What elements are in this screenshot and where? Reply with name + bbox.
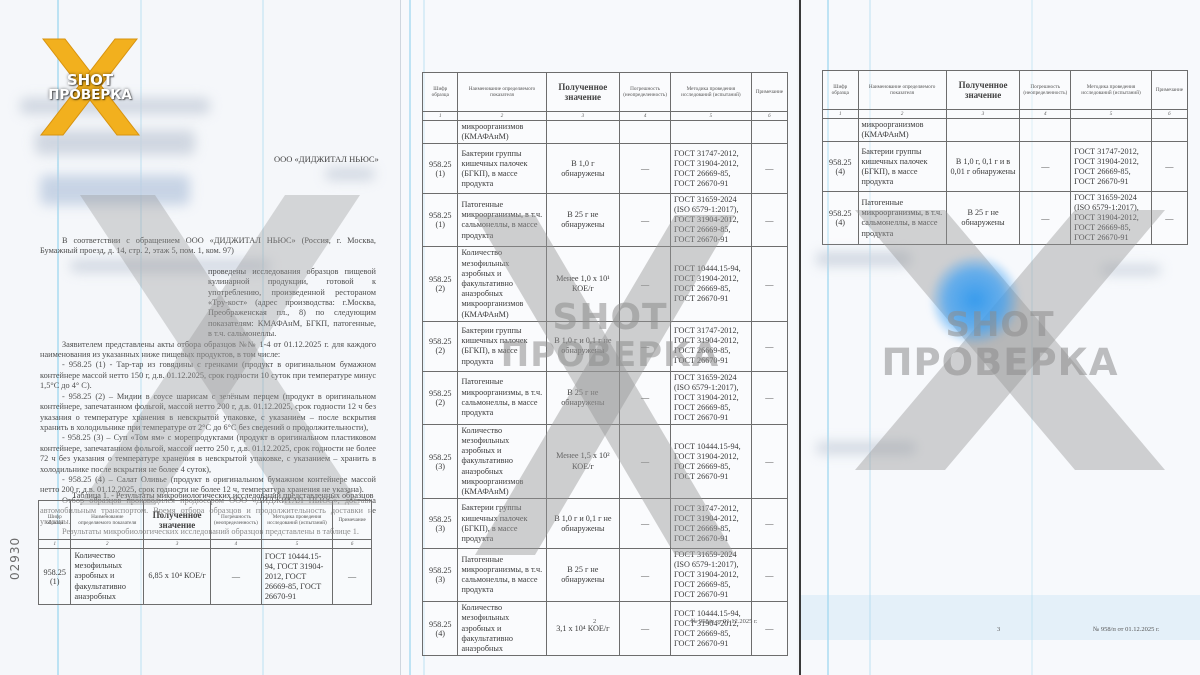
table-row: 958.25 (1)Патогенные микроорганизмы, в т… [423,194,788,247]
cell-value: 3,1 x 10⁴ КОЕ/г [546,602,620,656]
cell-value: Менее 1,0 x 10¹ КОЕ/г [546,247,620,321]
column-header: Полученное значение [546,73,620,112]
cell-name: Количество мезофильных аэробных и факуль… [458,602,546,656]
table-row: 958.25 (3)Патогенные микроорганизмы, в т… [423,549,788,602]
table-row: 958.25 (2)Патогенные микроорганизмы, в т… [423,371,788,424]
paragraph: проведены исследования образцов пищевой … [40,267,376,340]
cell-value [546,121,620,144]
column-number-row: 123456 [39,540,372,549]
cell-code: 958.25 (1) [423,194,458,247]
cell-method: ГОСТ 31659-2024 (ISO 6579-1:2017), ГОСТ … [670,194,751,247]
column-header: Примечание [1151,71,1187,110]
paragraph: - 958.25 (2) – Мидии в соусе шарисам с з… [40,392,376,434]
cell-error: — [620,194,671,247]
paragraph: - 958.25 (3) – Суп «Том ям» с морепродук… [40,433,376,475]
cell-note: — [1151,192,1187,245]
cell-error: — [1020,142,1071,192]
cell-error: — [620,602,671,656]
logo-text: SHOT ПРОВЕРКА [38,73,142,103]
cell-method: ГОСТ 31747-2012, ГОСТ 31904-2012, ГОСТ 2… [670,321,751,371]
column-header: Погрешность (неопределенность) [211,501,262,540]
column-number: 4 [620,112,671,121]
table-row: 958.25 (1)Бактерии группы кишечных палоч… [423,144,788,194]
cell-note: — [1151,142,1187,192]
paragraph: В соответствии с обращением ООО «ДИДЖИТА… [40,236,376,257]
results-table: Шифр образцаНаименование определяемого п… [422,72,788,656]
cell-value [946,119,1020,142]
cell-error: — [211,549,262,605]
column-number-row: 123456 [823,110,1188,119]
column-header: Шифр образца [823,71,859,110]
column-number: 2 [71,540,144,549]
cell-method: ГОСТ 10444.15-94, ГОСТ 31904-2012, ГОСТ … [670,424,751,498]
cell-name: Патогенные микроорганизмы, в т.ч. сальмо… [458,549,546,602]
page-number: 3 [997,626,1000,633]
column-header: Наименование определяемого показателя [858,71,946,110]
cell-code: 958.25 (2) [423,371,458,424]
cell-value: В 25 г не обнаружены [546,194,620,247]
cell-note: — [333,549,372,605]
recipient-org: ООО «ДИДЖИТАЛ НЬЮС» [274,154,379,164]
cell-note: — [751,424,787,498]
cell-note [751,121,787,144]
cell-method: ГОСТ 31659-2024 (ISO 6579-1:2017), ГОСТ … [670,371,751,424]
column-number: 2 [858,110,946,119]
cell-error: — [620,499,671,549]
cell-value: 6,85 x 10⁴ КОЕ/г [144,549,211,605]
column-header: Методика проведения исследований (испыта… [261,501,332,540]
table-row: 958.25 (1)Количество мезофильных аэробны… [39,549,372,605]
cell-method: ГОСТ 31747-2012, ГОСТ 31904-2012, ГОСТ 2… [670,144,751,194]
column-number: 1 [423,112,458,121]
column-number: 5 [670,112,751,121]
column-number: 3 [546,112,620,121]
column-number: 1 [39,540,71,549]
cell-value: В 1,0 г обнаружены [546,144,620,194]
cell-code: 958.25 (2) [423,247,458,321]
column-header: Шифр образца [39,501,71,540]
cell-value: В 1,0 г и 0,1 г не обнаружены [546,499,620,549]
table-row: 958.25 (4)Патогенные микроорганизмы, в т… [823,192,1188,245]
column-number: 6 [1151,110,1187,119]
table-row: 958.25 (2)Бактерии группы кишечных палоч… [423,321,788,371]
table-row: микроорганизмов (КМАФАнМ) [423,121,788,144]
cell-method: ГОСТ 31747-2012, ГОСТ 31904-2012, ГОСТ 2… [1071,142,1152,192]
cell-note: — [751,602,787,656]
cell-note: — [751,144,787,194]
cell-name: Бактерии группы кишечных палочек (БГКП),… [458,321,546,371]
column-header: Погрешность (неопределенность) [620,73,671,112]
paragraph: Заявителем представлены акты отбора обра… [40,340,376,361]
column-number-row: 123456 [423,112,788,121]
table-row: 958.25 (3)Количество мезофильных аэробны… [423,424,788,498]
scan-band [801,595,1200,640]
cell-value: В 1,0 г и 0,1 г не обнаружены [546,321,620,371]
table-row: микроорганизмов (КМАФАнМ) [823,119,1188,142]
cell-method: ГОСТ 31659-2024 (ISO 6579-1:2017), ГОСТ … [1071,192,1152,245]
cell-method: ГОСТ 10444.15-94, ГОСТ 31904-2012, ГОСТ … [670,602,751,656]
cell-error: — [620,549,671,602]
cell-error: — [620,321,671,371]
column-header: Полученное значение [144,501,211,540]
redacted-block [1101,265,1161,275]
cell-error: — [620,424,671,498]
column-number: 6 [751,112,787,121]
cell-error [1020,119,1071,142]
cell-error [620,121,671,144]
cell-method: ГОСТ 10444.15-94, ГОСТ 31904-2012, ГОСТ … [670,247,751,321]
column-header: Наименование определяемого показателя [458,73,546,112]
cell-name: Патогенные микроорганизмы, в т.ч. сальмо… [858,192,946,245]
redacted-block [325,168,375,180]
redacted-block [816,252,911,266]
doc-reference: № 958/п от 01.12.2025 г. [691,618,758,625]
paragraph: - 958.25 (1) - Тар-тар из говядины с гре… [40,360,376,391]
cell-code [423,121,458,144]
table-header-row: Шифр образцаНаименование определяемого п… [823,71,1188,110]
cell-method: ГОСТ 10444.15-94, ГОСТ 31904-2012, ГОСТ … [261,549,332,605]
cell-code: 958.25 (4) [423,602,458,656]
cell-code: 958.25 (1) [423,144,458,194]
column-number: 3 [144,540,211,549]
cell-name: Количество мезофильных аэробных и факуль… [71,549,144,605]
cell-name: Патогенные микроорганизмы, в т.ч. сальмо… [458,194,546,247]
table-header-row: Шифр образцаНаименование определяемого п… [423,73,788,112]
cell-code: 958.25 (2) [423,321,458,371]
column-header: Методика проведения исследований (испыта… [670,73,751,112]
cell-name: Бактерии группы кишечных палочек (БГКП),… [458,499,546,549]
cell-code: 958.25 (4) [823,192,859,245]
cell-name: Бактерии группы кишечных палочек (БГКП),… [458,144,546,194]
column-header: Методика проведения исследований (испыта… [1071,71,1152,110]
column-number: 5 [1071,110,1152,119]
cell-name: Количество мезофильных аэробных и факуль… [458,247,546,321]
cell-note: — [751,549,787,602]
cell-error: — [620,371,671,424]
table-row: 958.25 (2)Количество мезофильных аэробны… [423,247,788,321]
cell-value: В 1,0 г, 0,1 г и в 0,01 г обнаружены [946,142,1020,192]
redacted-block [816,442,916,454]
document-page-2: Шифр образцаНаименование определяемого п… [400,0,797,675]
column-header: Погрешность (неопределенность) [1020,71,1071,110]
cell-method [1071,119,1152,142]
column-header: Примечание [751,73,787,112]
cell-error: — [1020,192,1071,245]
table-caption: Таблица 1. - Результаты микробиологическ… [72,491,374,500]
column-number: 4 [211,540,262,549]
cell-name: микроорганизмов (КМАФАнМ) [858,119,946,142]
table-row: 958.25 (3)Бактерии группы кишечных палоч… [423,499,788,549]
cell-code: 958.25 (3) [423,549,458,602]
cell-name: Патогенные микроорганизмы, в т.ч. сальмо… [458,371,546,424]
cell-method: ГОСТ 31747-2012, ГОСТ 31904-2012, ГОСТ 2… [670,499,751,549]
redacted-block [40,175,190,205]
cell-code: 958.25 (1) [39,549,71,605]
column-number: 3 [946,110,1020,119]
results-table: Шифр образцаНаименование определяемого п… [38,500,372,605]
results-table: Шифр образцаНаименование определяемого п… [822,70,1188,245]
cell-code: 958.25 (4) [823,142,859,192]
blurred-stamp [930,255,1020,345]
cell-error: — [620,247,671,321]
column-header: Полученное значение [946,71,1020,110]
page-number: 2 [593,618,596,625]
cell-note: — [751,499,787,549]
table-row: 958.25 (4)Бактерии группы кишечных палоч… [823,142,1188,192]
cell-method: ГОСТ 31659-2024 (ISO 6579-1:2017), ГОСТ … [670,549,751,602]
table-row: 958.25 (4)Количество мезофильных аэробны… [423,602,788,656]
cell-value: В 25 г не обнаружены [546,549,620,602]
cell-code: 958.25 (3) [423,499,458,549]
column-number: 2 [458,112,546,121]
cell-note: — [751,371,787,424]
serial-number: 02930 [8,537,22,580]
cell-value: Менее 1,5 x 10² КОЕ/г [546,424,620,498]
cell-value: В 25 г не обнаружены [946,192,1020,245]
column-header: Примечание [333,501,372,540]
cell-method [670,121,751,144]
cell-name: Количество мезофильных аэробных и факуль… [458,424,546,498]
table-header-row: Шифр образцаНаименование определяемого п… [39,501,372,540]
cell-code [823,119,859,142]
cell-note: — [751,247,787,321]
cell-name: микроорганизмов (КМАФАнМ) [458,121,546,144]
cell-value: В 25 г не обнаружены [546,371,620,424]
scan-artifact [409,0,411,675]
cell-note: — [751,321,787,371]
column-header: Наименование определяемого показателя [71,501,144,540]
column-number: 4 [1020,110,1071,119]
cell-error: — [620,144,671,194]
column-number: 1 [823,110,859,119]
column-header: Шифр образца [423,73,458,112]
column-number: 5 [261,540,332,549]
cell-name: Бактерии группы кишечных палочек (БГКП),… [858,142,946,192]
cell-note: — [751,194,787,247]
column-number: 6 [333,540,372,549]
doc-reference: № 958/п от 01.12.2025 г. [1093,626,1160,633]
cell-note [1151,119,1187,142]
cell-code: 958.25 (3) [423,424,458,498]
